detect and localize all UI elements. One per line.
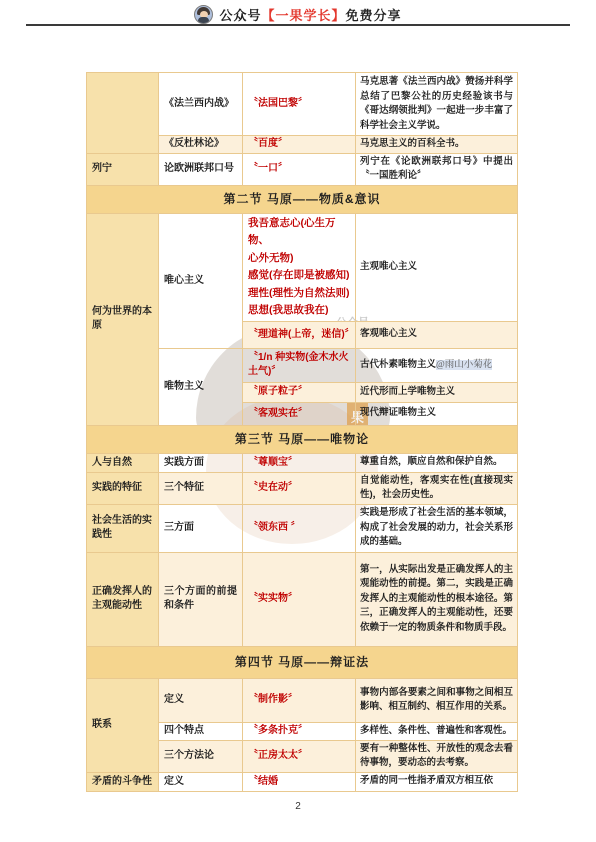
cell-topic: 何为世界的本原: [87, 213, 159, 425]
cell-item: 唯心主义: [159, 213, 243, 348]
cell-topic: 联系: [87, 678, 159, 772]
cell-mnemonic: 〝领东西 〞: [243, 504, 356, 552]
table-row: 矛盾的斗争性 定义 〝结婚 矛盾的同一性指矛盾双方相互依: [87, 772, 518, 791]
cell-description: 事物内部各要素之间和事物之间相互影响、相互制约、相互作用的关系。: [356, 678, 518, 722]
table-row: 《法兰西内战》 〝法国巴黎〞 马克思著《法兰西内战》赞扬并科学总结了巴黎公社的历…: [87, 73, 518, 136]
notes-table: 《法兰西内战》 〝法国巴黎〞 马克思著《法兰西内战》赞扬并科学总结了巴黎公社的历…: [86, 72, 518, 792]
cell-item: 《法兰西内战》: [159, 73, 243, 136]
cell-item: 论欧洲联邦口号: [159, 153, 243, 185]
cell-mnemonic: 〝法国巴黎〞: [243, 73, 356, 136]
cell-item: 三个方法论: [159, 740, 243, 772]
cell-description: 多样性、条件性、普遍性和客观性。: [356, 722, 518, 740]
table-row: 人与自然 实践方面 〝尊顺宝〞 尊重自然，顺应自然和保护自然。: [87, 453, 518, 472]
cell-item: 定义: [159, 678, 243, 722]
cell-item: 实践方面: [159, 453, 243, 472]
cell-description: 实践是形成了社会生活的基本领域，构成了社会发展的动力，社会关系形成的基础。: [356, 504, 518, 552]
cell-mnemonic: 〝尊顺宝〞: [243, 453, 356, 472]
section-header: 第四节 马原——辩证法: [87, 646, 518, 678]
header-divider: [26, 24, 570, 26]
cell-topic: 社会生活的实践性: [87, 504, 159, 552]
cell-description: 近代形而上学唯物主义: [356, 382, 518, 402]
account-avatar-icon: [194, 5, 213, 24]
table-row: 实践的特征 三个特征 〝史在动〞 自觉能动性，客观实在性(直接现实性)，社会历史…: [87, 472, 518, 504]
cell-item: 三个特征: [159, 472, 243, 504]
cell-description: 第一，从实际出发是正确发挥人的主观能动性的前提。第二，实践是正确发挥人的主观能动…: [356, 552, 518, 646]
cell-item: 四个特点: [159, 722, 243, 740]
page-number: 2: [0, 801, 596, 812]
cell-topic: 实践的特征: [87, 472, 159, 504]
cell-mnemonic: 〝百度〞: [243, 136, 356, 154]
section-row: 第三节 马原——唯物论: [87, 425, 518, 453]
cell-description: 自觉能动性，客观实在性(直接现实性)，社会历史性。: [356, 472, 518, 504]
table-row: 社会生活的实践性 三方面 〝领东西 〞 实践是形成了社会生活的基本领域，构成了社…: [87, 504, 518, 552]
cell-mnemonic: 〝1/n 种实物(金木水火土气)〞: [243, 348, 356, 382]
page-header: 公众号【一果学长】免费分享: [0, 4, 596, 24]
section-row: 第二节 马原——物质&意识: [87, 185, 518, 213]
cell-mnemonic: 〝制作影〞: [243, 678, 356, 722]
cell-topic: 正确发挥人的主观能动性: [87, 552, 159, 646]
section-header: 第三节 马原——唯物论: [87, 425, 518, 453]
description-text: 古代朴素唯物主义: [360, 359, 436, 370]
table-row: 正确发挥人的主观能动性 三个方面的前提和条件 〝实实物〞 第一，从实际出发是正确…: [87, 552, 518, 646]
cell-description: 矛盾的同一性指矛盾双方相互依: [356, 772, 518, 791]
cell-mnemonic: 〝原子粒子〞: [243, 382, 356, 402]
section-row: 第四节 马原——辩证法: [87, 646, 518, 678]
cell-mnemonic: 〝多条扑克〞: [243, 722, 356, 740]
cell-topic: 人与自然: [87, 453, 159, 472]
cell-mnemonic: 〝客观实在〞: [243, 402, 356, 425]
cell-mnemonic: 〝史在动〞: [243, 472, 356, 504]
cell-description: 列宁在《论欧洲联邦口号》中提出〝一国胜利论〞: [356, 153, 518, 185]
cell-item: 三个方面的前提和条件: [159, 552, 243, 646]
header-prefix: 公众号: [219, 8, 261, 23]
header-account-name: 【一果学长】: [261, 8, 345, 23]
cell-mnemonic: 〝结婚: [243, 772, 356, 791]
cell-description: 马克思著《法兰西内战》赞扬并科学总结了巴黎公社的历史经验该书与《哥达纲领批判》一…: [356, 73, 518, 136]
cell-item: 《反杜林论》: [159, 136, 243, 154]
header-suffix: 免费分享: [346, 8, 402, 23]
cell-item: 定义: [159, 772, 243, 791]
mention-tag: @雨山小菊花: [436, 360, 492, 370]
cell-mnemonic: 〝实实物〞: [243, 552, 356, 646]
cell-mnemonic: 〝一口〞: [243, 153, 356, 185]
cell-description: 主观唯心主义: [356, 213, 518, 321]
cell-topic: [87, 73, 159, 154]
cell-description: 客观唯心主义: [356, 321, 518, 348]
table-row: 联系 定义 〝制作影〞 事物内部各要素之间和事物之间相互影响、相互制约、相互作用…: [87, 678, 518, 722]
cell-mnemonic: 〝理道神(上帝，迷信)〞: [243, 321, 356, 348]
cell-topic: 矛盾的斗争性: [87, 772, 159, 791]
section-header: 第二节 马原——物质&意识: [87, 185, 518, 213]
cell-description: 尊重自然，顺应自然和保护自然。: [356, 453, 518, 472]
cell-item: 三方面: [159, 504, 243, 552]
cell-description: 现代辩证唯物主义: [356, 402, 518, 425]
cell-item: 唯物主义: [159, 348, 243, 425]
cell-description: 马克思主义的百科全书。: [356, 136, 518, 154]
header-title: 公众号【一果学长】免费分享: [219, 5, 401, 24]
table-row: 何为世界的本原 唯心主义 我吾意志心(心生万物、 心外无物) 感觉(存在即是被感…: [87, 213, 518, 321]
cell-description: 古代朴素唯物主义@雨山小菊花: [356, 348, 518, 382]
table-row: 列宁 论欧洲联邦口号 〝一口〞 列宁在《论欧洲联邦口号》中提出〝一国胜利论〞: [87, 153, 518, 185]
cell-description: 要有一种整体性、开放性的观念去看待事物，要动态的去考察。: [356, 740, 518, 772]
cell-mnemonic: 我吾意志心(心生万物、 心外无物) 感觉(存在即是被感知) 理性(理性为自然法则…: [243, 213, 356, 321]
cell-mnemonic: 〝正房太太〞: [243, 740, 356, 772]
cell-topic: 列宁: [87, 153, 159, 185]
